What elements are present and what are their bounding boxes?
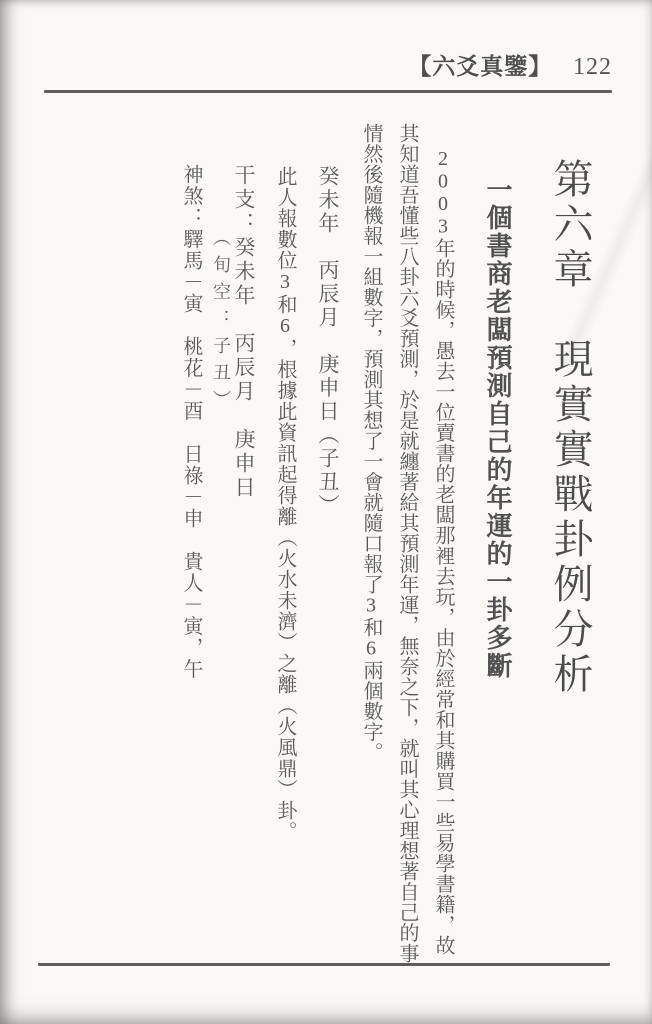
- shensha-line: 神煞：驛馬－寅 桃花－酉 日祿－申 貴人－寅，午: [181, 164, 201, 680]
- book-page: 【六爻真鑒】 122 第六章 現實實戰卦例分析 一個書商老闆預測自己的年運的一卦…: [0, 0, 652, 1024]
- book-title: 【六爻真鑒】: [408, 54, 552, 79]
- chapter-title: 第六章 現實實戰卦例分析: [550, 158, 590, 698]
- body-paragraph-2: 其知道吾懂些八卦六爻預測，於是就纏著給其預測年運，無奈之下，就叫其心理想著自己的…: [397, 123, 417, 964]
- header-rule: [44, 90, 612, 93]
- ganzhi-line: 干支：癸未年 丙辰月 庚申日: [233, 164, 254, 500]
- section-title: 一個書商老闆預測自己的年運的一卦多斷: [484, 176, 510, 680]
- body-paragraph-3: 情然後隨機報一組數字，預測其想了一會就隨口報了3和6兩個數字。: [361, 123, 381, 763]
- xunkong-line: （旬空：子丑）: [212, 228, 230, 417]
- page-header: 【六爻真鑒】 122: [408, 48, 612, 81]
- footer-rule: [38, 963, 610, 966]
- date-line: 癸未年 丙辰月 庚申日（子丑）: [317, 165, 338, 518]
- body-paragraph-1: 2003年的時候，愚去一位賣書的老闆那裡去玩，由於經常和其購買一些易學書籍，故: [433, 148, 453, 956]
- hexagram-line: 此人報數位3和6，根據此資訊起得離（火水未濟）之離（火風鼎）卦。: [275, 166, 295, 842]
- page-number: 122: [573, 54, 612, 80]
